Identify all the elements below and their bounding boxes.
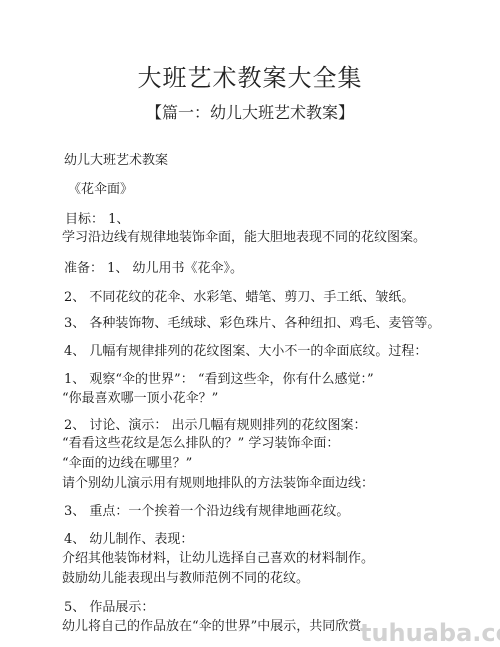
text-line: 目标： 1、	[65, 212, 129, 228]
text-line: 《花伞面》	[68, 182, 133, 198]
text-line: 鼓励幼儿能表现出与教师范例不同的花纹。	[62, 571, 309, 587]
text-line: 幼儿大班艺术教案	[64, 153, 168, 169]
text-line: 3、 重点：一个挨着一个沿边线有规律地画花纹。	[64, 504, 349, 520]
document-title: 大班艺术教案大全集	[0, 58, 500, 93]
text-line: 4、 幼儿制作、表现：	[64, 532, 193, 548]
text-line: 5、 作品展示：	[64, 600, 154, 616]
text-line: “伞面的边线在哪里？”	[62, 456, 192, 472]
text-line: 3、 各种装饰物、毛绒球、彩色珠片、各种纽扣、鸡毛、麦管等。	[64, 316, 440, 332]
text-line: 4、 几幅有规律排列的花纹图案、大小不一的伞面底纹。过程：	[64, 344, 427, 360]
text-line: 学习沿边线有规律地装饰伞面，能大胆地表现不同的花纹图案。	[62, 230, 426, 246]
watermark: tuhuaba.com	[360, 619, 500, 647]
text-line: “你最喜欢哪一顶小花伞？”	[62, 391, 218, 407]
text-line: “看看这些花纹是怎么排队的？” 学习装饰伞面：	[62, 436, 339, 452]
text-line: 介绍其他装饰材料，让幼儿选择自己喜欢的材料制作。	[62, 551, 374, 567]
document-subtitle: 【篇一：幼儿大班艺术教案】	[0, 100, 500, 123]
text-line: 2、 不同花纹的花伞、水彩笔、蜡笔、剪刀、手工纸、皱纸。	[64, 290, 414, 306]
text-line: 2、 讨论、演示： 出示几幅有规则排列的花纹图案：	[64, 418, 367, 434]
text-line: 幼儿将自己的作品放在“伞的世界”中展示，共同欣赏。	[62, 619, 374, 635]
text-line: 1、 观察“伞的世界”： “看到这些伞，你有什么感觉：”	[64, 372, 374, 388]
text-line: 请个别幼儿演示用有规则地排队的方法装饰伞面边线：	[62, 476, 374, 492]
text-line: 准备： 1、 幼儿用书《花伞》。	[64, 261, 243, 277]
